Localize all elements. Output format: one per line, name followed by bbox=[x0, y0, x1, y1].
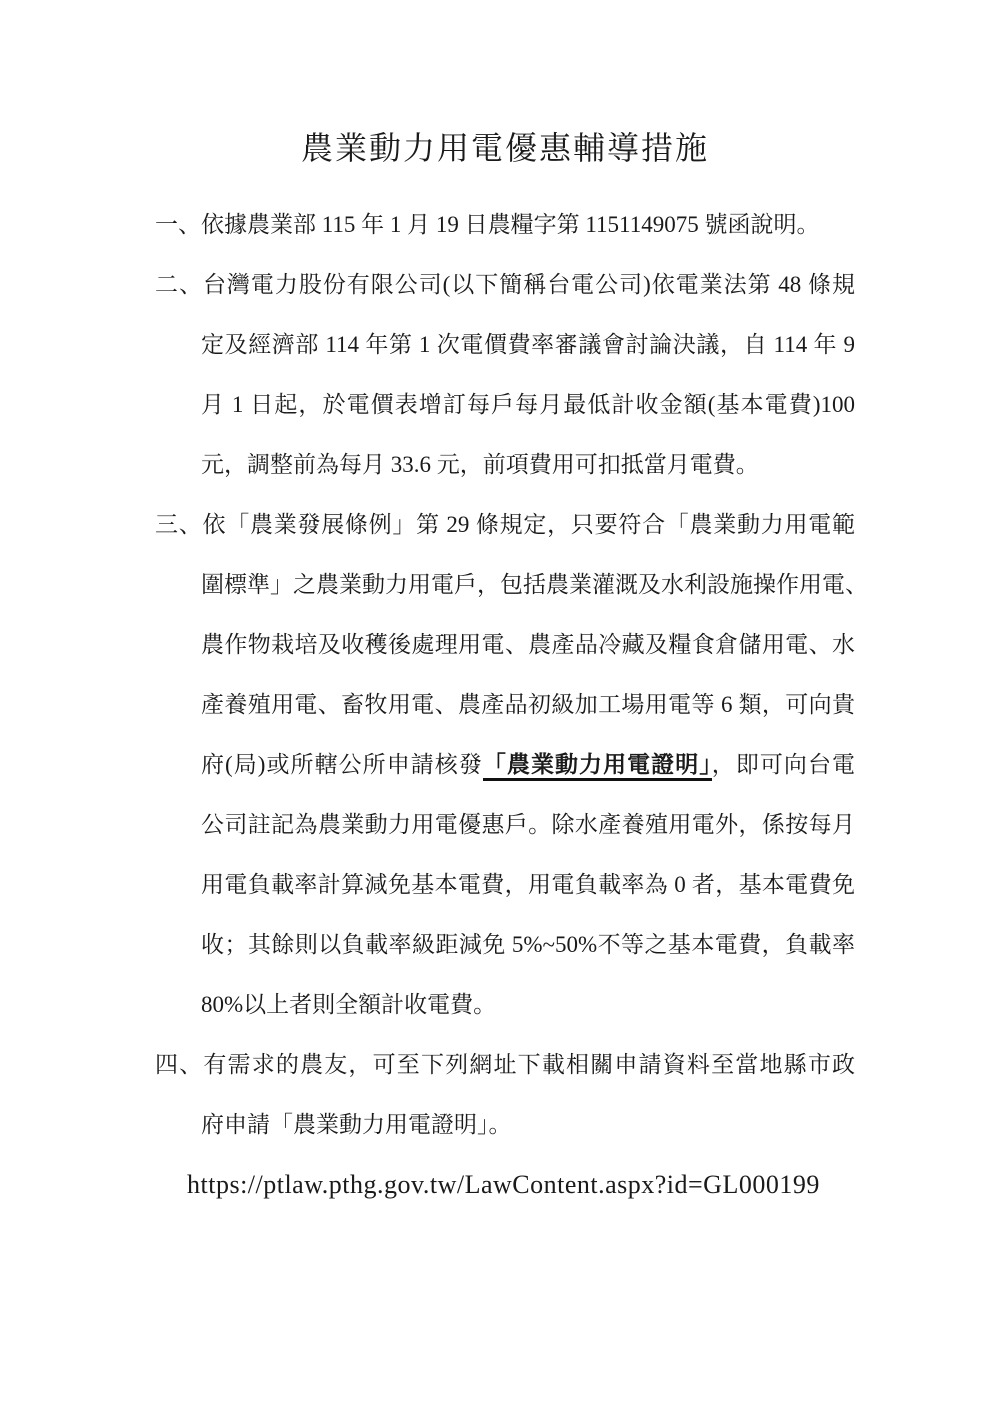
list-marker-3: 三、 bbox=[155, 512, 202, 537]
doc-line: 府申請「農業動力用電證明」。 bbox=[201, 1095, 855, 1155]
emphasized-certificate-phrase: 「農業動力用電證明」 bbox=[483, 752, 712, 781]
doc-line: 收；其餘則以負載率級距減免 5%~50%不等之基本電費，負載率 bbox=[201, 915, 855, 975]
list-item-4: 四、有需求的農友，可至下列網址下載相關申請資料至當地縣市政 府申請「農業動力用電… bbox=[155, 1035, 855, 1215]
doc-line: 80%以上者則全額計收電費。 bbox=[201, 975, 855, 1035]
doc-line: 四、有需求的農友，可至下列網址下載相關申請資料至當地縣市政 bbox=[201, 1035, 855, 1095]
list-item-1: 一、依據農業部 115 年 1 月 19 日農糧字第 1151149075 號函… bbox=[155, 195, 855, 255]
doc-line: 三、依「農業發展條例」第 29 條規定，只要符合「農業動力用電範 bbox=[201, 495, 855, 555]
doc-line: 二、台灣電力股份有限公司(以下簡稱台電公司)依電業法第 48 條規 bbox=[201, 255, 855, 315]
doc-line: 用電負載率計算減免基本電費，用電負載率為 0 者，基本電費免 bbox=[201, 855, 855, 915]
doc-line: 產養殖用電、畜牧用電、農產品初級加工場用電等 6 類，可向貴 bbox=[201, 675, 855, 735]
document-body: 一、依據農業部 115 年 1 月 19 日農糧字第 1151149075 號函… bbox=[155, 195, 855, 1215]
doc-line: 定及經濟部 114 年第 1 次電價費率審議會討論決議，自 114 年 9 bbox=[201, 315, 855, 375]
doc-line-text: 有需求的農友，可至下列網址下載相關申請資料至當地縣市政 bbox=[203, 1052, 855, 1077]
doc-line: 公司註記為農業動力用電優惠戶。除水產養殖用電外，係按每月 bbox=[201, 795, 855, 855]
doc-line-with-emphasis: 府(局)或所轄公所申請核發「農業動力用電證明」，即可向台電 bbox=[201, 735, 855, 795]
document-title: 農業動力用電優惠輔導措施 bbox=[155, 118, 855, 178]
doc-line: 農作物栽培及收穫後處理用電、農產品冷藏及糧食倉儲用電、水 bbox=[201, 615, 855, 675]
doc-line-text: ，即可向台電 bbox=[712, 752, 855, 777]
list-marker-1: 一、 bbox=[155, 212, 201, 237]
list-marker-2: 二、 bbox=[155, 272, 203, 297]
document-url: https://ptlaw.pthg.gov.tw/LawContent.asp… bbox=[187, 1155, 855, 1215]
doc-line-text: 依據農業部 115 年 1 月 19 日農糧字第 1151149075 號函說明… bbox=[201, 212, 819, 237]
list-marker-4: 四、 bbox=[155, 1052, 203, 1077]
doc-line-text: 依「農業發展條例」第 29 條規定，只要符合「農業動力用電範 bbox=[202, 512, 855, 537]
list-item-2: 二、台灣電力股份有限公司(以下簡稱台電公司)依電業法第 48 條規 定及經濟部 … bbox=[155, 255, 855, 495]
list-item-3: 三、依「農業發展條例」第 29 條規定，只要符合「農業動力用電範 圍標準」之農業… bbox=[155, 495, 855, 1035]
doc-line-text: 府(局)或所轄公所申請核發 bbox=[201, 752, 483, 777]
document-page: 農業動力用電優惠輔導措施 一、依據農業部 115 年 1 月 19 日農糧字第 … bbox=[0, 0, 1000, 1415]
doc-line-text: 台灣電力股份有限公司(以下簡稱台電公司)依電業法第 48 條規 bbox=[203, 272, 855, 297]
doc-line: 月 1 日起，於電價表增訂每戶每月最低計收金額(基本電費)100 bbox=[201, 375, 855, 435]
doc-line: 一、依據農業部 115 年 1 月 19 日農糧字第 1151149075 號函… bbox=[201, 195, 855, 255]
document-content: 農業動力用電優惠輔導措施 一、依據農業部 115 年 1 月 19 日農糧字第 … bbox=[155, 118, 855, 1215]
doc-line: 圍標準」之農業動力用電戶，包括農業灌溉及水利設施操作用電、 bbox=[201, 555, 855, 615]
doc-line: 元，調整前為每月 33.6 元，前項費用可扣抵當月電費。 bbox=[201, 435, 855, 495]
